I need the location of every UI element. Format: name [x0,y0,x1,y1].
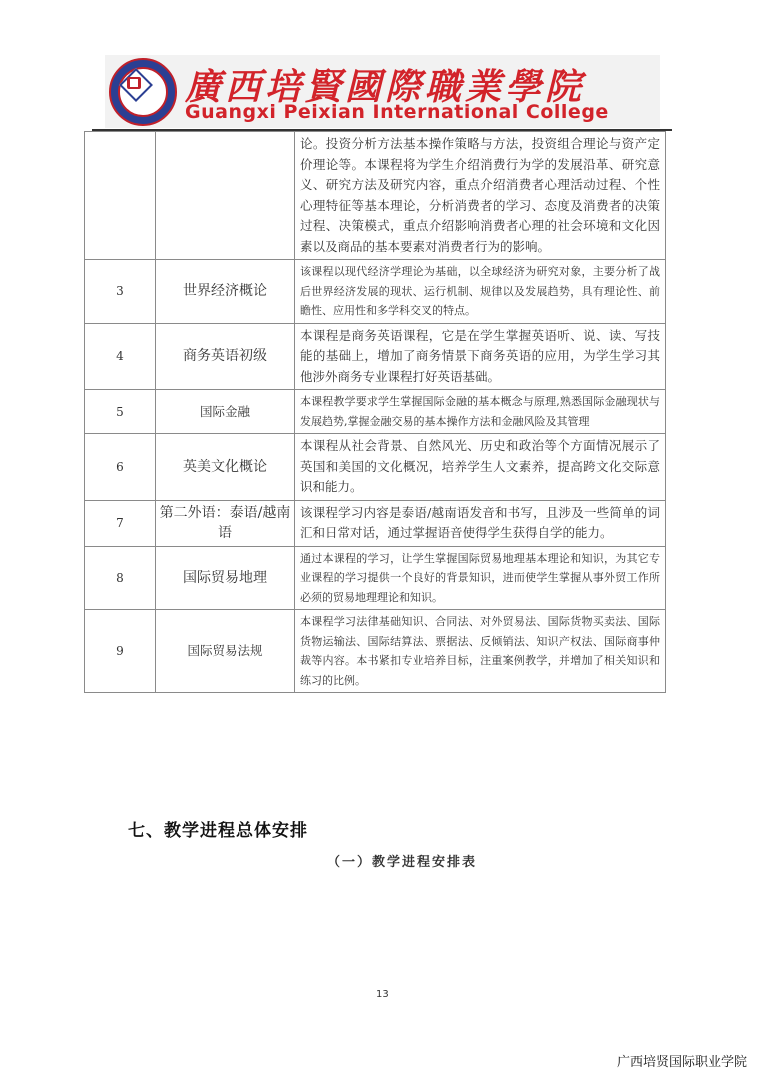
course-name: 世界经济概论 [156,260,295,324]
course-description: 本课程教学要求学生掌握国际金融的基本概念与原理,熟悉国际金融现状与发展趋势,掌握… [295,390,666,434]
course-name: 国际金融 [156,390,295,434]
table-row: 9 国际贸易法规 本课程学习法律基础知识、合同法、对外贸易法、国际货物买卖法、国… [85,610,666,693]
course-description: 该课程学习内容是泰语/越南语发音和书写，且涉及一些简单的词汇和日常对话，通过掌握… [295,500,666,546]
course-name: 国际贸易法规 [156,610,295,693]
subsection-heading: （一）教学进程安排表 [327,851,477,870]
college-emblem-icon [109,58,177,126]
course-number: 6 [85,434,156,501]
course-number [85,132,156,260]
header-banner: 廣西培賢國際職業學院 Guangxi Peixian International… [105,55,660,128]
table-row: 5 国际金融 本课程教学要求学生掌握国际金融的基本概念与原理,熟悉国际金融现状与… [85,390,666,434]
footer-college-name: 广西培贤国际职业学院 [617,1051,747,1070]
course-description: 该课程以现代经济学理论为基础，以全球经济为研究对象，主要分析了战后世界经济发展的… [295,260,666,324]
course-name: 第二外语：泰语/越南语 [156,500,295,546]
course-description: 论。投资分析方法基本操作策略与方法，投资组合理论与资产定价理论等。本课程将为学生… [295,132,666,260]
course-description: 本课程是商务英语课程，它是在学生掌握英语听、说、读、写技能的基础上，增加了商务情… [295,323,666,390]
college-name-en: Guangxi Peixian International College [185,101,609,123]
course-description: 通过本课程的学习，让学生掌握国际贸易地理基本理论和知识，为其它专业课程的学习提供… [295,546,666,610]
table-row: 3 世界经济概论 该课程以现代经济学理论为基础，以全球经济为研究对象，主要分析了… [85,260,666,324]
table-row: 7 第二外语：泰语/越南语 该课程学习内容是泰语/越南语发音和书写，且涉及一些简… [85,500,666,546]
course-name: 英美文化概论 [156,434,295,501]
course-name: 国际贸易地理 [156,546,295,610]
course-name [156,132,295,260]
course-number: 3 [85,260,156,324]
section-heading: 七、教学进程总体安排 [128,816,308,841]
table-row: 4 商务英语初级 本课程是商务英语课程，它是在学生掌握英语听、说、读、写技能的基… [85,323,666,390]
course-number: 9 [85,610,156,693]
course-number: 5 [85,390,156,434]
course-table: 论。投资分析方法基本操作策略与方法，投资组合理论与资产定价理论等。本课程将为学生… [84,131,666,693]
page-number: 13 [376,989,389,1000]
course-name: 商务英语初级 [156,323,295,390]
course-number: 8 [85,546,156,610]
table-row: 6 英美文化概论 本课程从社会背景、自然风光、历史和政治等个方面情况展示了英国和… [85,434,666,501]
table-row: 论。投资分析方法基本操作策略与方法，投资组合理论与资产定价理论等。本课程将为学生… [85,132,666,260]
course-description: 本课程从社会背景、自然风光、历史和政治等个方面情况展示了英国和美国的文化概况，培… [295,434,666,501]
course-number: 4 [85,323,156,390]
table-row: 8 国际贸易地理 通过本课程的学习，让学生掌握国际贸易地理基本理论和知识，为其它… [85,546,666,610]
course-number: 7 [85,500,156,546]
course-description: 本课程学习法律基础知识、合同法、对外贸易法、国际货物买卖法、国际货物运输法、国际… [295,610,666,693]
